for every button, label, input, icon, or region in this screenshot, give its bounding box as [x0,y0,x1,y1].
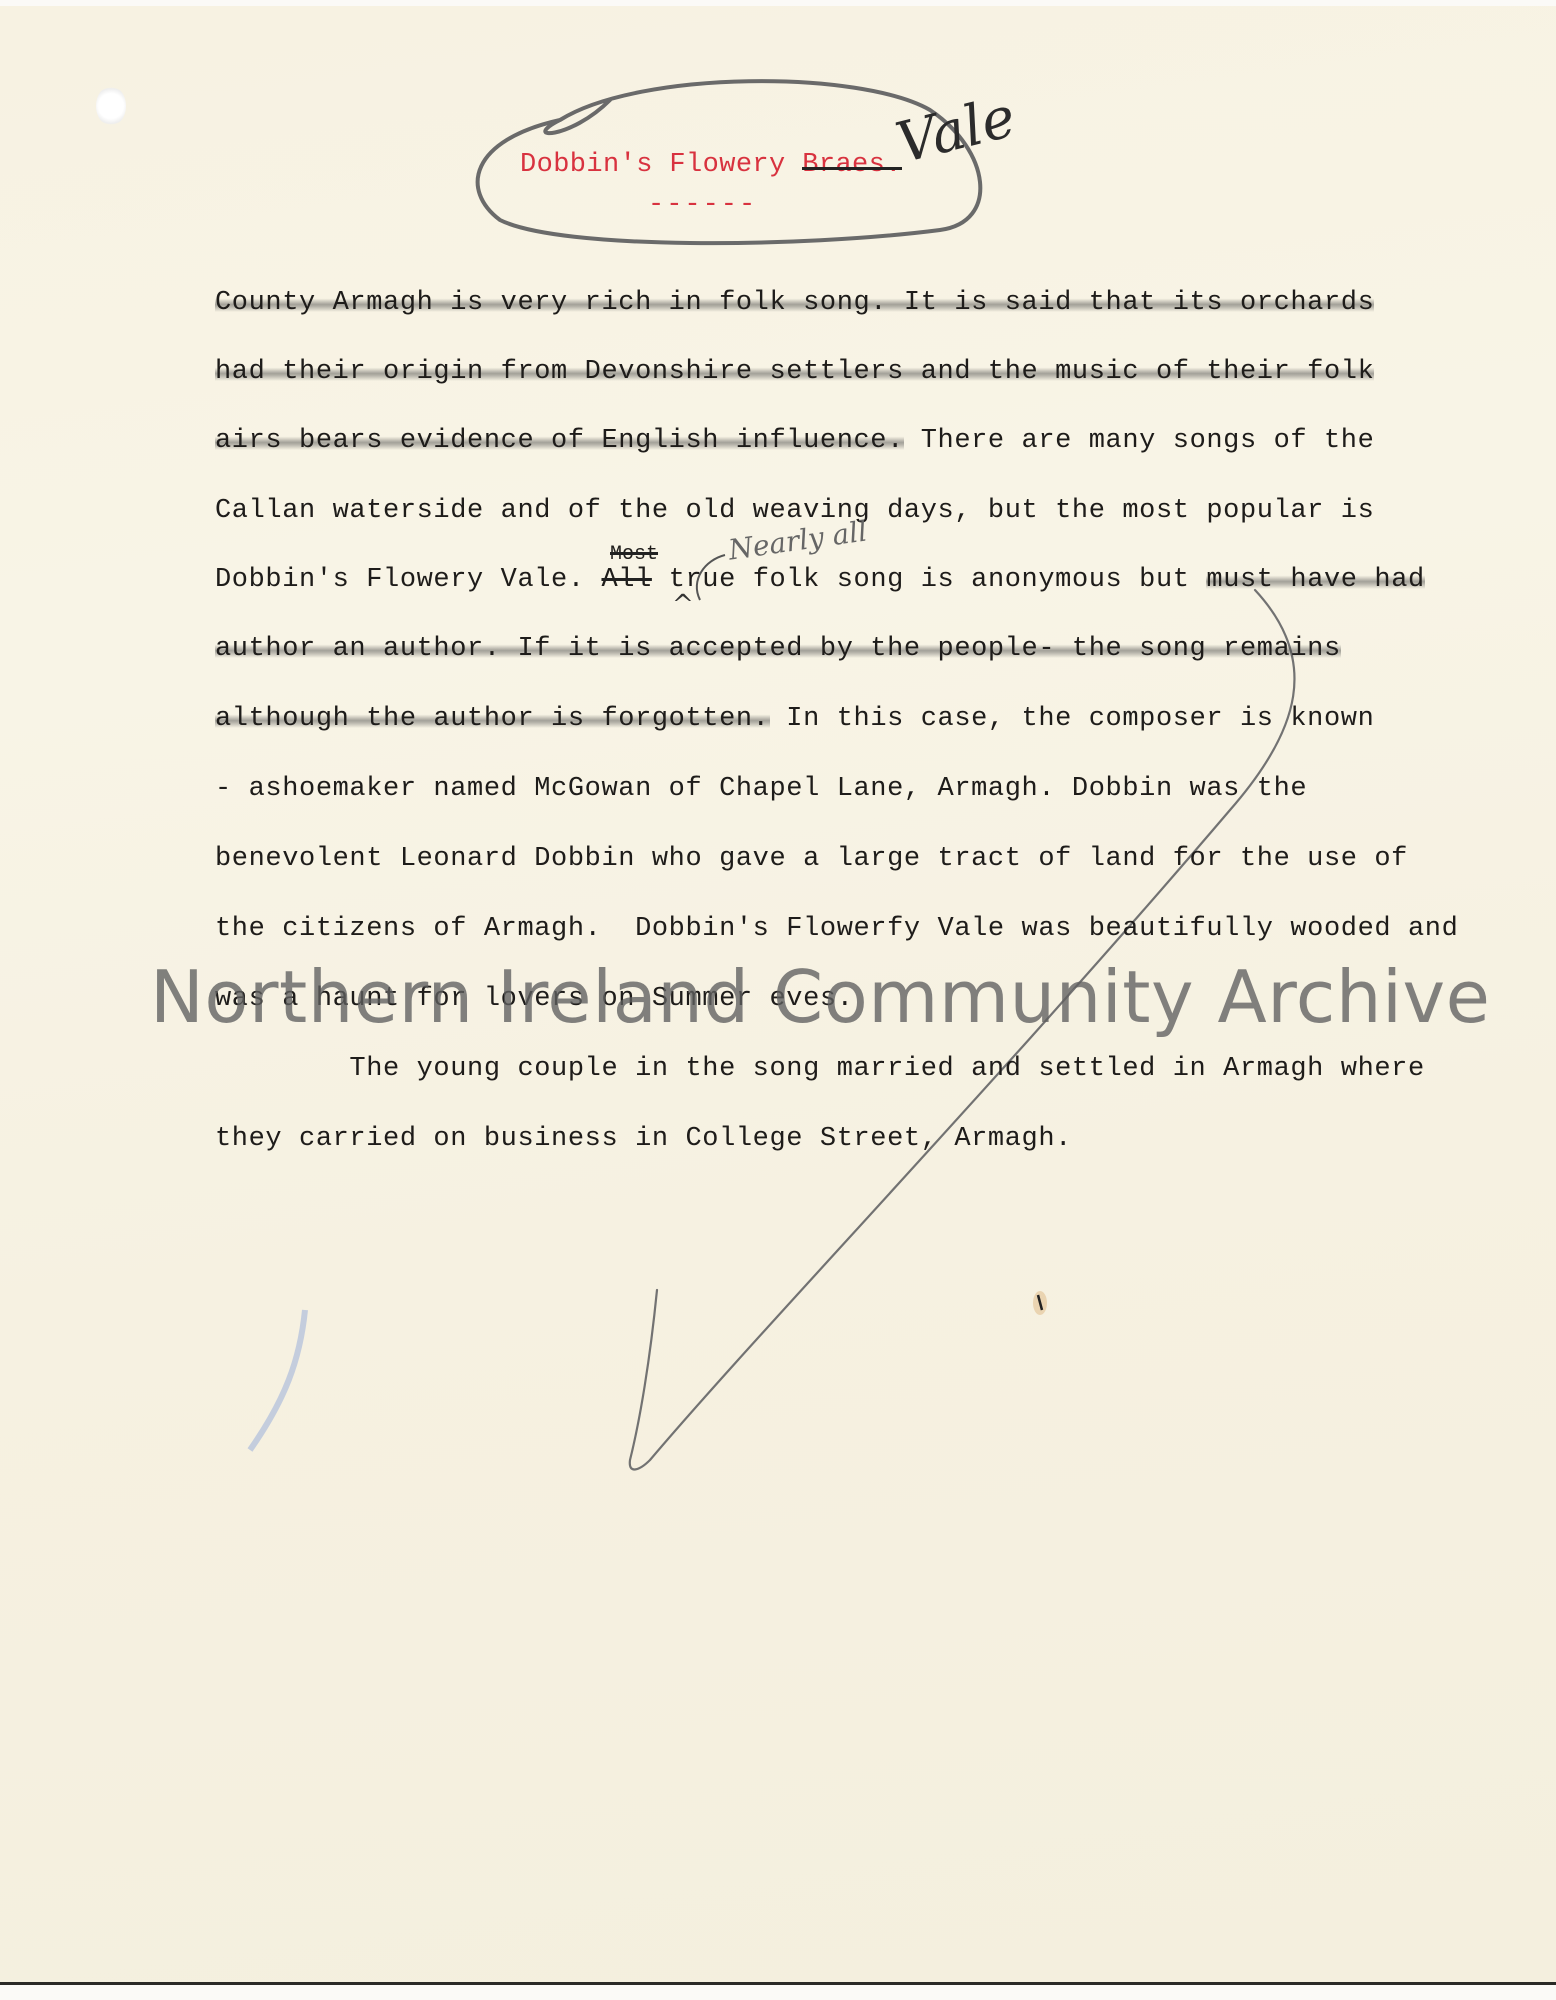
body-line-2: had their origin from Devonshire settler… [215,357,1374,387]
body-line-12: The young couple in the song married and… [215,1054,1425,1084]
line-text: Dobbin's Flowery Vale. [215,565,601,595]
body-line-1: County Armagh is very rich in folk song.… [215,288,1374,318]
body-line-10: the citizens of Armagh. Dobbin's Flowerf… [215,914,1458,944]
insertion-caret: ^ [672,590,694,620]
punch-hole [96,86,126,126]
smeared-text: must have had [1206,565,1424,595]
line-text: There are many songs of the [904,426,1374,456]
body-line-4: Callan waterside and of the old weaving … [215,496,1374,526]
title-struck-word: Braes. [802,150,902,180]
body-line-7: although the author is forgotten. In thi… [215,704,1374,734]
body-line-5: Dobbin's Flowery Vale. All true folk son… [215,565,1425,595]
title-text: Dobbin's Flowery [520,150,802,180]
line-text: In this case, the composer is known [770,704,1375,734]
body-line-8: - ashoemaker named McGowan of Chapel Lan… [215,774,1307,804]
body-line-13: they carried on business in College Stre… [215,1124,1072,1154]
smeared-text: airs bears evidence of English influence… [215,426,904,456]
body-line-6: author an author. If it is accepted by t… [215,634,1341,664]
archive-watermark: Northern Ireland Community Archive [150,955,1490,1039]
body-line-9: benevolent Leonard Dobbin who gave a lar… [215,844,1408,874]
smeared-text: although the author is forgotten. [215,704,770,734]
title-underline: ------ [648,190,757,220]
body-line-3: airs bears evidence of English influence… [215,426,1374,456]
line-text: true folk song is anonymous but [652,565,1207,595]
document-title: Dobbin's Flowery Braes. [520,150,902,180]
struck-word-above: Most [610,543,658,566]
page-edge [0,1982,1556,1985]
struck-word: All [601,565,651,595]
